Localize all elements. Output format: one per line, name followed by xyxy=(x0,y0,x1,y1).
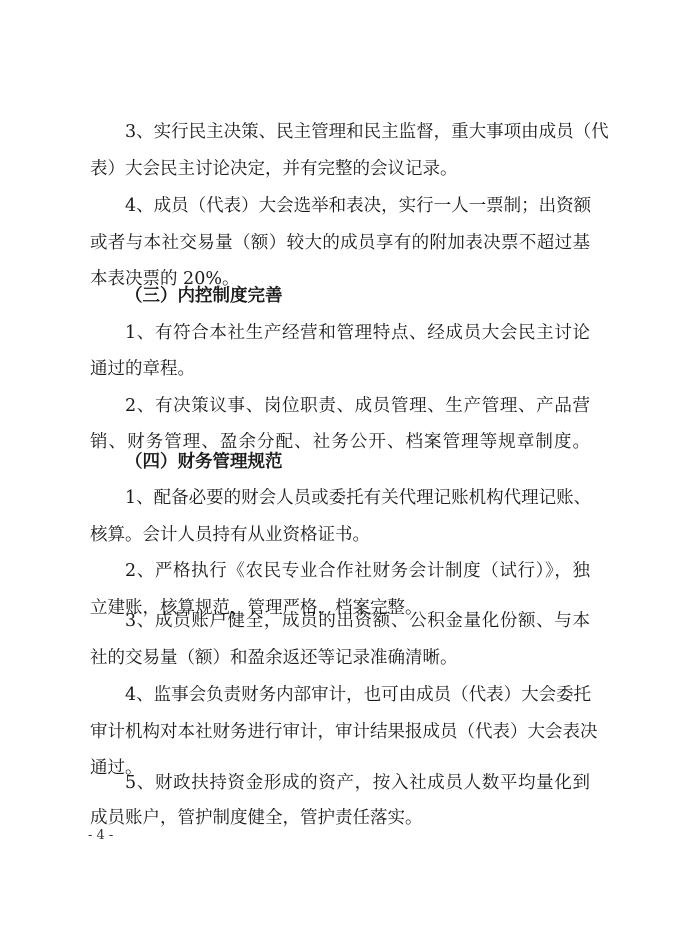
paragraph-line: 4、成员（代表）大会选举和表决，实行一人一票制；出资额 xyxy=(125,196,590,216)
paragraph-line: 审计机构对本社财务进行审计，审计结果报成员（代表）大会表决 xyxy=(90,722,590,742)
paragraph-line: 4、监事会负责财务内部审计，也可由成员（代表）大会委托 xyxy=(125,685,590,705)
paragraph-line: 销、财务管理、盈余分配、社务公开、档案管理等规章制度。 xyxy=(90,432,590,452)
paragraph-line: 3、成员账户健全，成员的出资额、公积金量化份额、与本 xyxy=(125,611,590,631)
document-page: 3、实行民主决策、民主管理和民主监督，重大事项由成员（代 表）大会民主讨论决定，… xyxy=(0,0,675,932)
page-number: - 4 - xyxy=(88,828,113,843)
paragraph-line: 通过的章程。 xyxy=(90,359,590,379)
paragraph-line: 或者与本社交易量（额）较大的成员享有的附加表决票不超过基 xyxy=(90,233,590,253)
paragraph-line: 表）大会民主讨论决定，并有完整的会议记录。 xyxy=(90,159,590,179)
paragraph-line: 核算。会计人员持有从业资格证书。 xyxy=(90,525,590,545)
paragraph-line: 5、财政扶持资金形成的资产，按入社成员人数平均量化到 xyxy=(125,773,590,793)
paragraph-line: 1、配备必要的财会人员或委托有关代理记账机构代理记账、 xyxy=(125,488,590,508)
paragraph-line: 社的交易量（额）和盈余返还等记录准确清晰。 xyxy=(90,648,590,668)
section-heading-financial-management: （四）财务管理规范 xyxy=(125,452,590,472)
section-heading-internal-control: （三）内控制度完善 xyxy=(125,286,590,306)
paragraph-line: 1、有符合本社生产经营和管理特点、经成员大会民主讨论 xyxy=(125,323,590,343)
paragraph-line: 3、实行民主决策、民主管理和民主监督，重大事项由成员（代 xyxy=(125,122,590,142)
paragraph-line: 2、有决策议事、岗位职责、成员管理、生产管理、产品营 xyxy=(125,396,590,416)
paragraph-line: 2、严格执行《农民专业合作社财务会计制度（试行）》，独 xyxy=(125,561,590,581)
paragraph-line: 成员账户，管护制度健全，管护责任落实。 xyxy=(90,808,590,828)
